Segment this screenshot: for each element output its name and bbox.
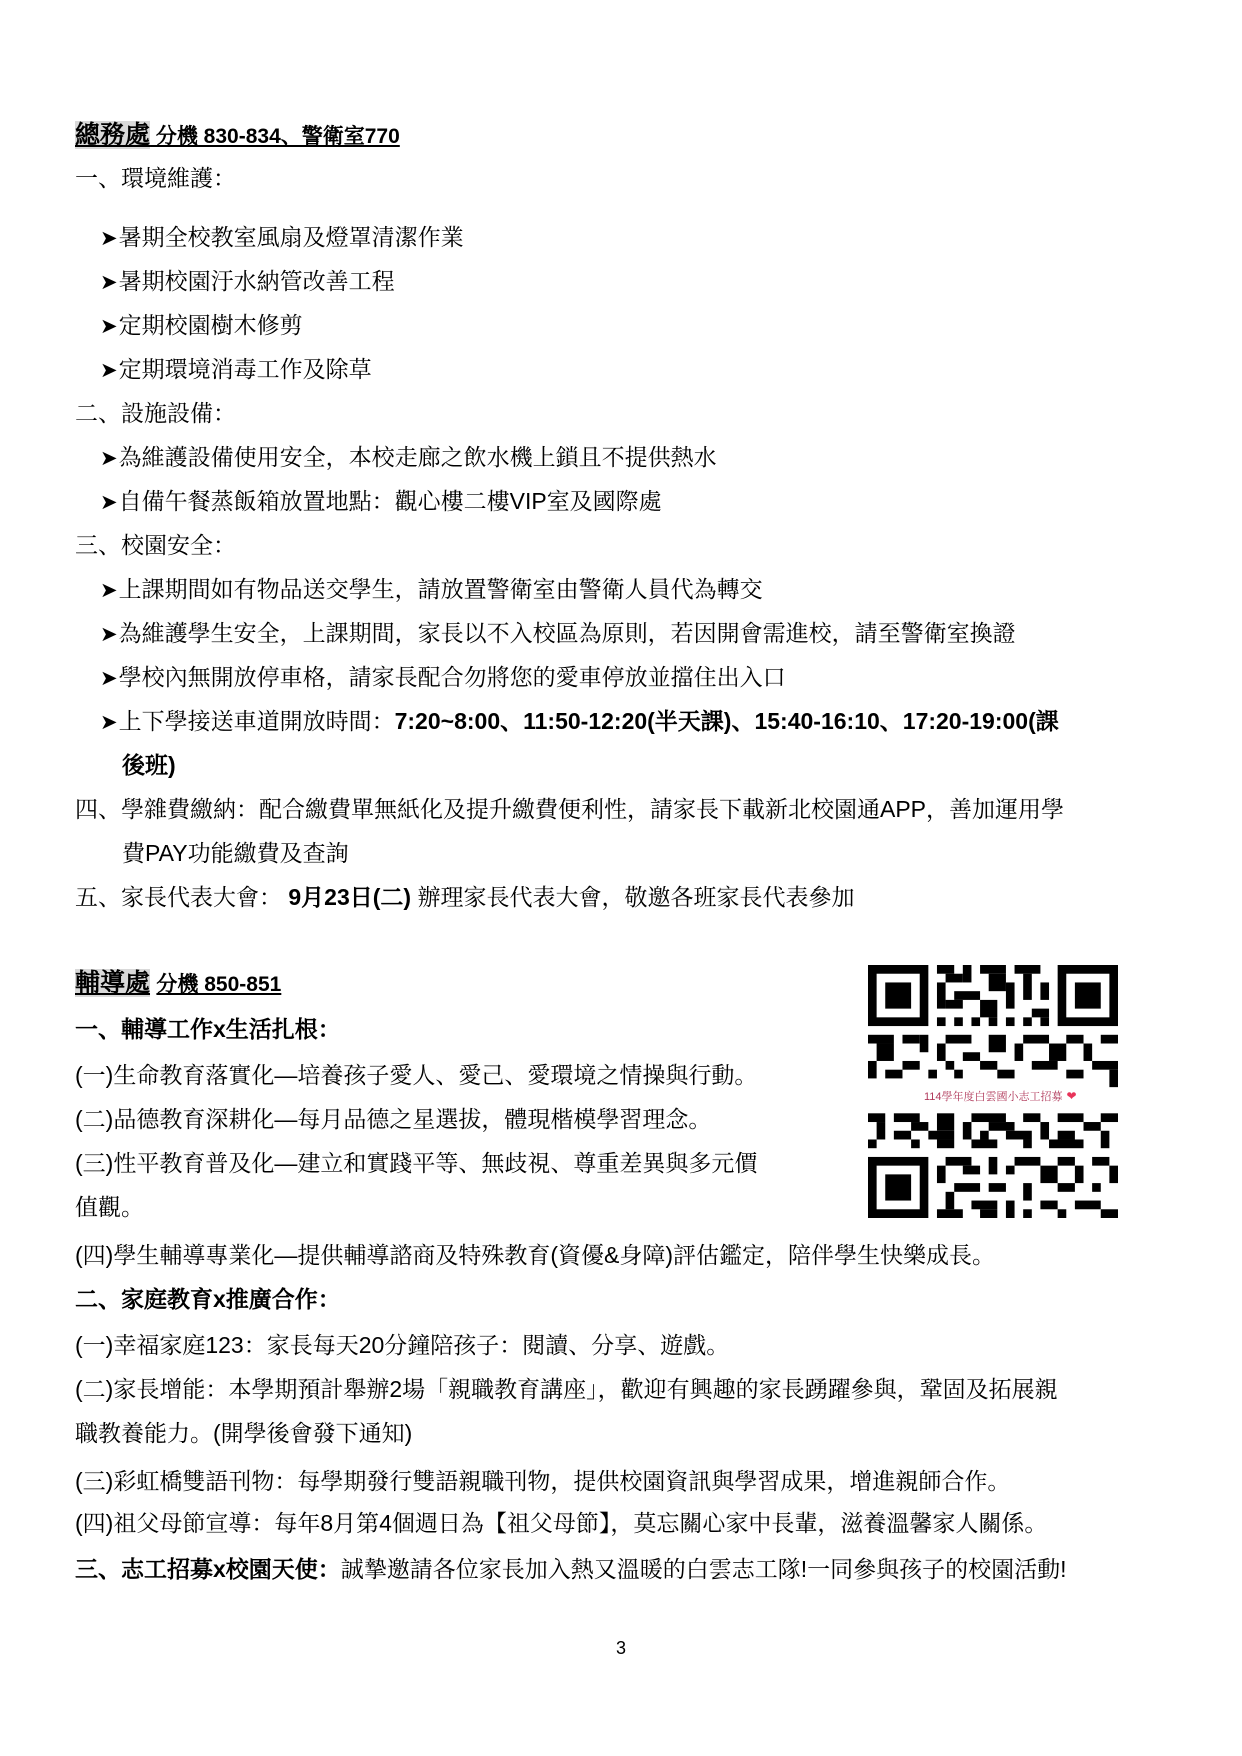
arrow-bullet-icon: ➤ bbox=[100, 708, 118, 738]
list-item: ➤暑期全校教室風扇及燈罩清潔作業 bbox=[100, 222, 464, 254]
section-parent-meeting: 五、家長代表大會： 9月23日(二) 辦理家長代表大會，敬邀各班家長代表參加 bbox=[75, 882, 854, 912]
heart-icon: ❤ bbox=[1067, 1089, 1077, 1103]
volunteer-qr-code[interactable]: 114學年度白雲國小志工招募❤ bbox=[868, 965, 1118, 1218]
counseling-header: 輔導處 分機 850-851 bbox=[75, 968, 281, 1000]
list-item: (四)祖父母節宣導：每年8月第4個週日為【祖父母節】，莫忘關心家中長輩，滋養溫馨… bbox=[75, 1508, 1047, 1538]
general-affairs-title: 總務處 bbox=[75, 121, 150, 149]
list-item: (一)幸福家庭123：家長每天20分鐘陪孩子：閱讀、分享、遊戲。 bbox=[75, 1330, 729, 1360]
section-heading-fees: 四、學雜費繳納：配合繳費單無紙化及提升繳費便利性，請家長下載新北校園通APP，善… bbox=[75, 794, 1064, 824]
arrow-bullet-icon: ➤ bbox=[100, 664, 118, 694]
section-volunteer: 三、志工招募x校園天使：誠摯邀請各位家長加入熱又溫暖的白雲志工隊!一同參與孩子的… bbox=[75, 1554, 1067, 1584]
list-item: ➤為維護設備使用安全，本校走廊之飲水機上鎖且不提供熱水 bbox=[100, 442, 717, 474]
arrow-bullet-icon: ➤ bbox=[100, 268, 118, 298]
list-item: (四)學生輔導專業化—提供輔導諮商及特殊教育(資優&身障)評估鑑定，陪伴學生快樂… bbox=[75, 1240, 995, 1270]
section-heading: 一、環境維護： bbox=[75, 163, 236, 193]
list-item: ➤為維護學生安全，上課期間，家長以不入校區為原則，若因開會需進校，請至警衛室換證 bbox=[100, 618, 1016, 650]
list-item: (一)生命教育落實化—培養孩子愛人、愛己、愛環境之情操與行動。 bbox=[75, 1060, 757, 1090]
list-item: ➤上課期間如有物品送交學生，請放置警衛室由警衛人員代為轉交 bbox=[100, 574, 763, 606]
list-item: ➤定期校園樹木修剪 bbox=[100, 310, 303, 342]
arrow-bullet-icon: ➤ bbox=[100, 312, 118, 342]
list-item: ➤學校內無開放停車格，請家長配合勿將您的愛車停放並擋住出入口 bbox=[100, 662, 786, 694]
list-item: (三)彩虹橋雙語刊物：每學期發行雙語親職刊物，提供校園資訊與學習成果，增進親師合… bbox=[75, 1466, 1010, 1496]
arrow-bullet-icon: ➤ bbox=[100, 620, 118, 650]
list-item: 職教養能力。(開學後會發下通知) bbox=[75, 1418, 412, 1448]
pickup-schedule-item: ➤上下學接送車道開放時間：7:20~8:00、11:50-12:20(半天課)、… bbox=[100, 706, 1059, 738]
pickup-times-continued: 後班) bbox=[122, 750, 176, 780]
arrow-bullet-icon: ➤ bbox=[100, 488, 118, 518]
meeting-date: 9月23日(二) bbox=[282, 884, 411, 910]
page-number: 3 bbox=[0, 1638, 1242, 1659]
list-item: (二)家長增能：本學期預計舉辦2場「親職教育講座」，歡迎有興趣的家長踴躍參與，鞏… bbox=[75, 1374, 1058, 1404]
section-heading: 三、校園安全： bbox=[75, 530, 236, 560]
section-heading: 三、志工招募x校園天使： bbox=[75, 1556, 341, 1582]
general-affairs-header: 總務處 分機 830-834、警衛室770 bbox=[75, 120, 400, 152]
list-item: ➤自備午餐蒸飯箱放置地點：觀心樓二樓VIP室及國際處 bbox=[100, 486, 662, 518]
arrow-bullet-icon: ➤ bbox=[100, 444, 118, 474]
pickup-times: 7:20~8:00、11:50-12:20(半天課)、15:40-16:10、1… bbox=[395, 708, 1059, 734]
section-heading: 二、家庭教育x推廣合作： bbox=[75, 1284, 341, 1314]
list-item: ➤定期環境消毒工作及除草 bbox=[100, 354, 372, 386]
list-item: ➤暑期校園汙水納管改善工程 bbox=[100, 266, 395, 298]
section-heading-fees-continued: 費PAY功能繳費及查詢 bbox=[122, 838, 349, 868]
list-item: 值觀。 bbox=[75, 1192, 144, 1222]
section-heading: 一、輔導工作x生活扎根： bbox=[75, 1014, 341, 1044]
list-item: (三)性平教育普及化—建立和實踐平等、無歧視、尊重差異與多元價 bbox=[75, 1148, 757, 1178]
qr-caption: 114學年度白雲國小志工招募❤ bbox=[920, 1085, 1084, 1107]
counseling-extension: 分機 850-851 bbox=[156, 973, 281, 996]
general-affairs-extension: 分機 830-834、警衛室770 bbox=[150, 125, 400, 148]
arrow-bullet-icon: ➤ bbox=[100, 576, 118, 606]
arrow-bullet-icon: ➤ bbox=[100, 356, 118, 386]
list-item: (二)品德教育深耕化—每月品德之星選拔，體現楷模學習理念。 bbox=[75, 1104, 711, 1134]
counseling-title: 輔導處 bbox=[75, 969, 150, 997]
section-heading: 二、設施設備： bbox=[75, 398, 236, 428]
arrow-bullet-icon: ➤ bbox=[100, 224, 118, 254]
